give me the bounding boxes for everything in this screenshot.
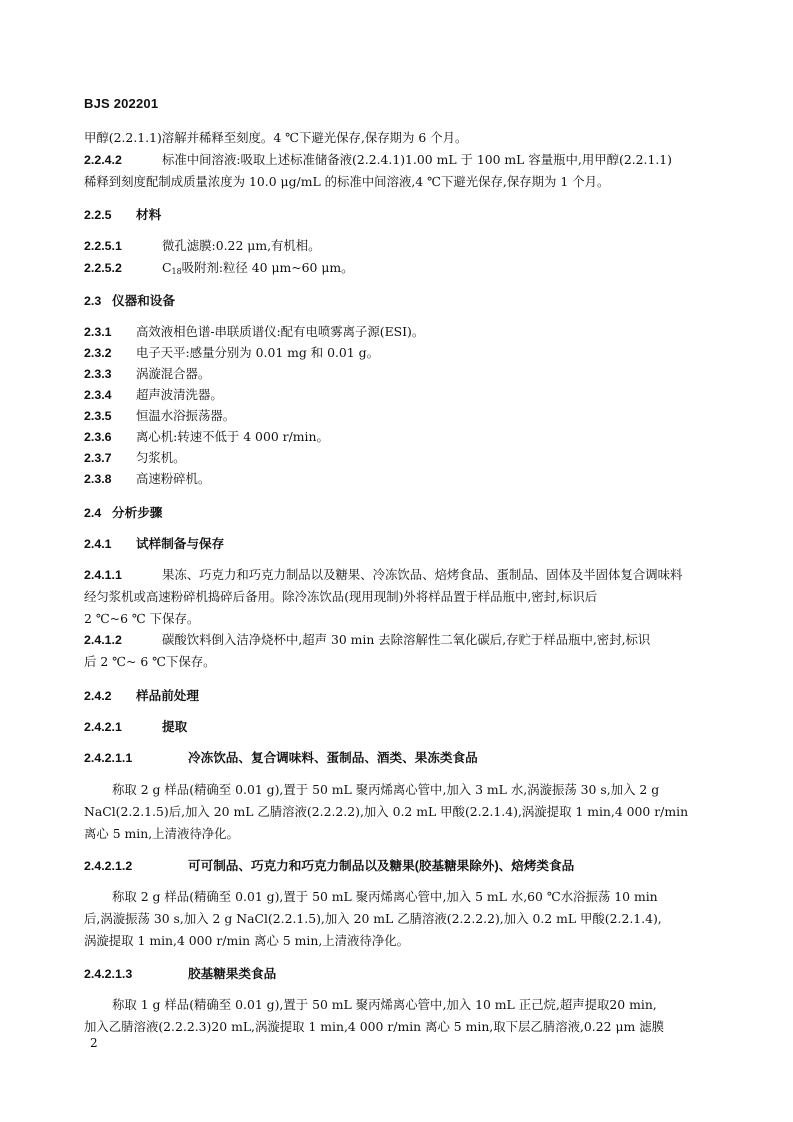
paragraph-line: 2 ℃~6 ℃ 下保存。 <box>84 611 733 627</box>
clause-text: 超声波清洗器。 <box>136 387 223 402</box>
heading-text: 试样制备与保存 <box>136 537 224 551</box>
section-heading-2-4-2-1-2: 2.4.2.1.2可可制品、巧克力和巧克力制品以及糖果(胶基糖果除外)、焙烤类食… <box>84 858 733 874</box>
paragraph-line: 涡漩提取 1 min,4 000 r/min 离心 5 min,上清液待净化。 <box>84 933 733 949</box>
clause-text: 匀浆机。 <box>136 450 186 465</box>
clause-text: 高速粉碎机。 <box>136 471 210 486</box>
clause-text: 电子天平:感量分别为 0.01 mg 和 0.01 g。 <box>136 345 379 360</box>
clause-number: 2.3.2 <box>84 345 136 361</box>
paragraph-line: 加入乙腈溶液(2.2.2.3)20 mL,涡漩提取 1 min,4 000 r/… <box>84 1019 733 1035</box>
clause-text: 离心机:转速不低于 4 000 r/min。 <box>136 429 329 444</box>
section-heading-2-4-2-1-1: 2.4.2.1.1冷冻饮品、复合调味料、蛋制品、酒类、果冻类食品 <box>84 750 733 766</box>
clause-number: 2.4.2.1.2 <box>84 858 188 874</box>
heading-text: 仪器和设备 <box>112 294 175 308</box>
line-text: 涡漩提取 1 min,4 000 r/min 离心 5 min,上清液待净化。 <box>84 933 409 948</box>
clause-2-2-4-2: 2.2.4.2标准中间溶液:吸取上述标准储备液(2.2.4.1)1.00 mL … <box>84 152 733 168</box>
clause-2-3-7: 2.3.7匀浆机。 <box>84 450 733 466</box>
paragraph-line: NaCl(2.2.1.5)后,加入 20 mL 乙腈溶液(2.2.2.2),加入… <box>84 804 733 820</box>
line-text: 后 2 ℃~ 6 ℃下保存。 <box>84 654 216 669</box>
clause-text: 碳酸饮料倒入洁净烧杯中,超声 30 min 去除溶解性二氧化碳后,存贮于样品瓶中… <box>162 632 650 647</box>
clause-number: 2.4.2.1.1 <box>84 750 188 766</box>
clause-text: 果冻、巧克力和巧克力制品以及糖果、冷冻饮品、焙烤食品、蛋制品、固体及半固体复合调… <box>162 567 682 582</box>
clause-number: 2.4.1.1 <box>84 567 162 583</box>
line-text: 称取 2 g 样品(精确至 0.01 g),置于 50 mL 聚丙烯离心管中,加… <box>112 782 659 797</box>
section-heading-2-4: 2.4分析步骤 <box>84 505 733 521</box>
clause-number: 2.3.7 <box>84 450 136 466</box>
clause-number: 2.4.1.2 <box>84 632 162 648</box>
page-number: 2 <box>90 1036 98 1050</box>
clause-2-2-5-1: 2.2.5.1微孔滤膜:0.22 μm,有机相。 <box>84 238 733 254</box>
clause-text: 微孔滤膜:0.22 μm,有机相。 <box>162 238 321 253</box>
paragraph-line: 稀释到刻度配制成质量浓度为 10.0 μg/mL 的标准中间溶液,4 ℃下避光保… <box>84 174 733 190</box>
paragraph-line: 甲醇(2.2.1.1)溶解并稀释至刻度。4 ℃下避光保存,保存期为 6 个月。 <box>84 130 733 146</box>
paragraph-line: 称取 2 g 样品(精确至 0.01 g),置于 50 mL 聚丙烯离心管中,加… <box>84 889 733 905</box>
clause-2-3-6: 2.3.6离心机:转速不低于 4 000 r/min。 <box>84 429 733 445</box>
clause-2-4-1-2: 2.4.1.2碳酸饮料倒入洁净烧杯中,超声 30 min 去除溶解性二氧化碳后,… <box>84 632 733 648</box>
clause-number: 2.4.2.1 <box>84 719 162 735</box>
subscript: 18 <box>171 267 181 276</box>
section-heading-2-4-2-1-3: 2.4.2.1.3胶基糖果类食品 <box>84 966 733 982</box>
clause-number: 2.2.4.2 <box>84 152 162 168</box>
clause-2-3-5: 2.3.5恒温水浴振荡器。 <box>84 408 733 424</box>
clause-2-4-1-1: 2.4.1.1果冻、巧克力和巧克力制品以及糖果、冷冻饮品、焙烤食品、蛋制品、固体… <box>84 567 733 583</box>
clause-number: 2.2.5 <box>84 207 136 223</box>
line-text: 离心 5 min,上清液待净化。 <box>84 826 239 841</box>
clause-2-3-3: 2.3.3涡漩混合器。 <box>84 366 733 382</box>
section-heading-2-4-2-1: 2.4.2.1提取 <box>84 719 733 735</box>
clause-2-2-5-2: 2.2.5.2C18吸附剂:粒径 40 μm~60 μm。 <box>84 260 733 280</box>
clause-number: 2.3.1 <box>84 324 136 340</box>
paragraph-line: 称取 1 g 样品(精确至 0.01 g),置于 50 mL 聚丙烯离心管中,加… <box>84 997 733 1013</box>
section-heading-2-2-5: 2.2.5材料 <box>84 207 733 223</box>
clause-2-3-8: 2.3.8高速粉碎机。 <box>84 471 733 487</box>
clause-number: 2.4.1 <box>84 536 136 552</box>
heading-text: 胶基糖果类食品 <box>188 967 276 981</box>
paragraph-line: 称取 2 g 样品(精确至 0.01 g),置于 50 mL 聚丙烯离心管中,加… <box>84 782 733 798</box>
line-text: 经匀浆机或高速粉碎机捣碎后备用。除冷冻饮品(现用现制)外将样品置于样品瓶中,密封… <box>84 589 597 604</box>
line-text: 称取 2 g 样品(精确至 0.01 g),置于 50 mL 聚丙烯离心管中,加… <box>112 889 658 904</box>
heading-text: 分析步骤 <box>112 506 162 520</box>
clause-text: 高效液相色谱-串联质谱仪:配有电喷雾离子源(ESI)。 <box>136 324 424 339</box>
clause-text: 吸附剂:粒径 40 μm~60 μm。 <box>182 260 354 275</box>
section-heading-2-4-1: 2.4.1试样制备与保存 <box>84 536 733 552</box>
heading-text: 样品前处理 <box>136 689 199 703</box>
document-page: BJS 202201 甲醇(2.2.1.1)溶解并稀释至刻度。4 ℃下避光保存,… <box>0 0 793 1122</box>
line-text: 称取 1 g 样品(精确至 0.01 g),置于 50 mL 聚丙烯离心管中,加… <box>112 997 657 1012</box>
document-code: BJS 202201 <box>84 96 158 111</box>
heading-text: 材料 <box>136 208 161 222</box>
paragraph-line: 后 2 ℃~ 6 ℃下保存。 <box>84 654 733 670</box>
line-text: 2 ℃~6 ℃ 下保存。 <box>84 611 199 626</box>
line-text: 甲醇(2.2.1.1)溶解并稀释至刻度。4 ℃下避光保存,保存期为 6 个月。 <box>84 130 467 145</box>
line-text: 加入乙腈溶液(2.2.2.3)20 mL,涡漩提取 1 min,4 000 r/… <box>84 1019 664 1034</box>
section-heading-2-4-2: 2.4.2样品前处理 <box>84 688 733 704</box>
clause-number: 2.3.3 <box>84 366 136 382</box>
clause-2-3-1: 2.3.1高效液相色谱-串联质谱仪:配有电喷雾离子源(ESI)。 <box>84 324 733 340</box>
clause-number: 2.4 <box>84 505 112 521</box>
clause-number: 2.4.2.1.3 <box>84 966 188 982</box>
section-heading-2-3: 2.3仪器和设备 <box>84 293 733 309</box>
heading-text: 提取 <box>162 720 187 734</box>
paragraph-line: 经匀浆机或高速粉碎机捣碎后备用。除冷冻饮品(现用现制)外将样品置于样品瓶中,密封… <box>84 589 733 605</box>
clause-2-3-4: 2.3.4超声波清洗器。 <box>84 387 733 403</box>
clause-text: 标准中间溶液:吸取上述标准储备液(2.2.4.1)1.00 mL 于 100 m… <box>162 152 672 167</box>
heading-text: 可可制品、巧克力和巧克力制品以及糖果(胶基糖果除外)、焙烤类食品 <box>188 859 574 873</box>
clause-number: 2.4.2 <box>84 688 136 704</box>
clause-number: 2.3 <box>84 293 112 309</box>
clause-number: 2.3.6 <box>84 429 136 445</box>
heading-text: 冷冻饮品、复合调味料、蛋制品、酒类、果冻类食品 <box>188 751 478 765</box>
line-text: 稀释到刻度配制成质量浓度为 10.0 μg/mL 的标准中间溶液,4 ℃下避光保… <box>84 174 609 189</box>
paragraph-line: 离心 5 min,上清液待净化。 <box>84 826 733 842</box>
line-text: 后,涡漩振荡 30 s,加入 2 g NaCl(2.2.1.5),加入 20 m… <box>84 911 662 926</box>
clause-number: 2.3.5 <box>84 408 136 424</box>
clause-number: 2.3.4 <box>84 387 136 403</box>
line-text: NaCl(2.2.1.5)后,加入 20 mL 乙腈溶液(2.2.2.2),加入… <box>84 804 688 819</box>
clause-text: 涡漩混合器。 <box>136 366 210 381</box>
clause-number: 2.2.5.2 <box>84 260 162 276</box>
paragraph-line: 后,涡漩振荡 30 s,加入 2 g NaCl(2.2.1.5),加入 20 m… <box>84 911 733 927</box>
clause-2-3-2: 2.3.2电子天平:感量分别为 0.01 mg 和 0.01 g。 <box>84 345 733 361</box>
clause-text: 恒温水浴振荡器。 <box>136 408 235 423</box>
clause-number: 2.3.8 <box>84 471 136 487</box>
clause-number: 2.2.5.1 <box>84 238 162 254</box>
